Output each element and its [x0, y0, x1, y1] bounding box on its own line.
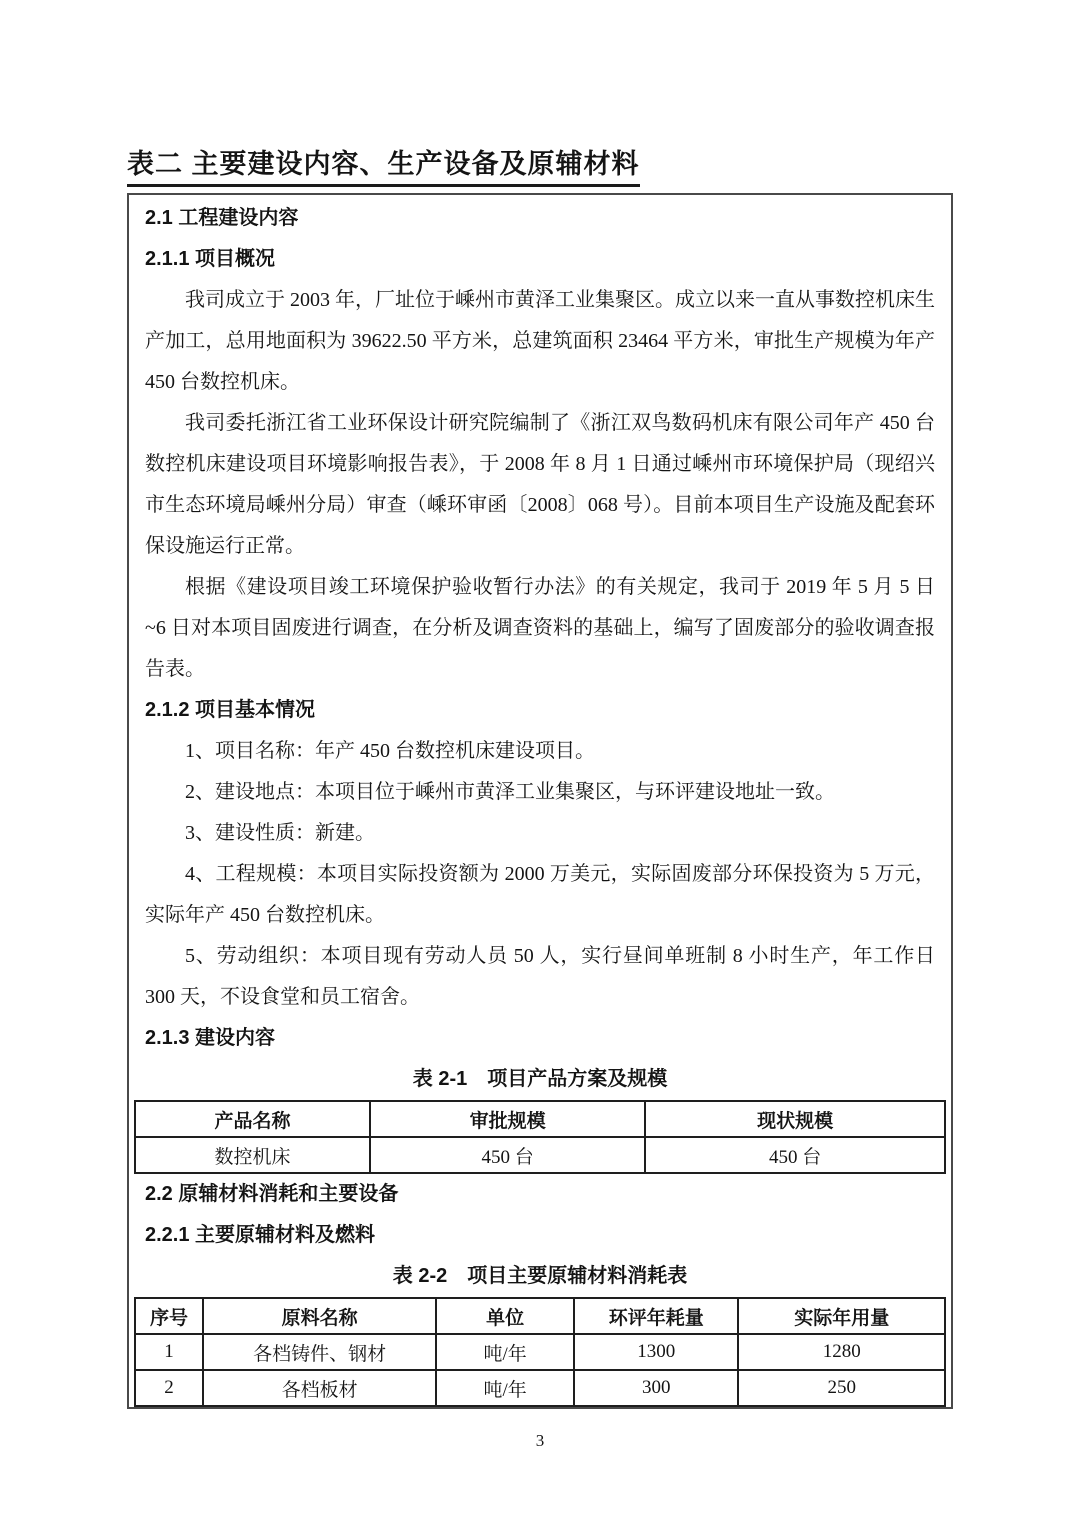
cell-product-name: 数控机床	[135, 1137, 370, 1173]
cell-serial: 2	[135, 1370, 203, 1406]
page-title: 表二 主要建设内容、生产设备及原辅材料	[127, 146, 953, 187]
cell-approved-scale: 450 台	[370, 1137, 645, 1173]
section-heading-2-2-1: 2.2.1 主要原辅材料及燃料	[145, 1215, 935, 1256]
table-header-row: 序号 原料名称 单位 环评年耗量 实际年用量	[135, 1298, 945, 1334]
cell-eia-amount: 1300	[574, 1334, 738, 1370]
product-scale-table: 产品名称 审批规模 现状规模 数控机床 450 台 450 台	[134, 1100, 946, 1174]
header-unit: 单位	[436, 1298, 574, 1334]
paragraph-acceptance-survey: 根据《建设项目竣工环境保护验收暂行办法》的有关规定，我司于 2019 年 5 月…	[145, 567, 935, 690]
list-item-location: 2、建设地点：本项目位于嵊州市黄泽工业集聚区，与环评建设地址一致。	[145, 772, 935, 813]
cell-unit: 吨/年	[436, 1370, 574, 1406]
list-item-nature: 3、建设性质：新建。	[145, 813, 935, 854]
header-approved-scale: 审批规模	[370, 1101, 645, 1137]
table-2-1-caption: 表 2-1 项目产品方案及规模	[145, 1059, 935, 1100]
page-title-text: 表二 主要建设内容、生产设备及原辅材料	[127, 146, 640, 187]
header-current-scale: 现状规模	[645, 1101, 945, 1137]
list-item-labor: 5、劳动组织：本项目现有劳动人员 50 人，实行昼间单班制 8 小时生产，年工作…	[145, 936, 935, 1018]
raw-material-table: 序号 原料名称 单位 环评年耗量 实际年用量 1 各档铸件、钢材 吨/年 130…	[134, 1297, 946, 1407]
list-item-scale: 4、工程规模：本项目实际投资额为 2000 万美元，实际固废部分环保投资为 5 …	[145, 854, 935, 936]
cell-actual-amount: 1280	[738, 1334, 945, 1370]
cell-serial: 1	[135, 1334, 203, 1370]
table-row: 2 各档板材 吨/年 300 250	[135, 1370, 945, 1406]
header-product-name: 产品名称	[135, 1101, 370, 1137]
cell-unit: 吨/年	[436, 1334, 574, 1370]
cell-current-scale: 450 台	[645, 1137, 945, 1173]
document-page: 表二 主要建设内容、生产设备及原辅材料 2.1 工程建设内容 2.1.1 项目概…	[127, 146, 953, 1451]
header-serial-number: 序号	[135, 1298, 203, 1334]
cell-actual-amount: 250	[738, 1370, 945, 1406]
section-heading-2-1-3: 2.1.3 建设内容	[145, 1018, 935, 1059]
section-heading-2-1: 2.1 工程建设内容	[145, 198, 935, 239]
table-row: 1 各档铸件、钢材 吨/年 1300 1280	[135, 1334, 945, 1370]
paragraph-company-overview: 我司成立于 2003 年，厂址位于嵊州市黄泽工业集聚区。成立以来一直从事数控机床…	[145, 280, 935, 403]
list-item-project-name: 1、项目名称：年产 450 台数控机床建设项目。	[145, 731, 935, 772]
page-number: 3	[127, 1431, 953, 1451]
cell-eia-amount: 300	[574, 1370, 738, 1406]
table-header-row: 产品名称 审批规模 现状规模	[135, 1101, 945, 1137]
content-border-box: 2.1 工程建设内容 2.1.1 项目概况 我司成立于 2003 年，厂址位于嵊…	[127, 193, 953, 1409]
header-actual-annual-usage: 实际年用量	[738, 1298, 945, 1334]
section-heading-2-2: 2.2 原辅材料消耗和主要设备	[145, 1174, 935, 1215]
table-row: 数控机床 450 台 450 台	[135, 1137, 945, 1173]
section-heading-2-1-2: 2.1.2 项目基本情况	[145, 690, 935, 731]
cell-material: 各档板材	[203, 1370, 436, 1406]
cell-material: 各档铸件、钢材	[203, 1334, 436, 1370]
header-material-name: 原料名称	[203, 1298, 436, 1334]
section-heading-2-1-1: 2.1.1 项目概况	[145, 239, 935, 280]
header-eia-annual-consumption: 环评年耗量	[574, 1298, 738, 1334]
table-2-2-caption: 表 2-2 项目主要原辅材料消耗表	[145, 1256, 935, 1297]
paragraph-eia-approval: 我司委托浙江省工业环保设计研究院编制了《浙江双鸟数码机床有限公司年产 450 台…	[145, 403, 935, 567]
